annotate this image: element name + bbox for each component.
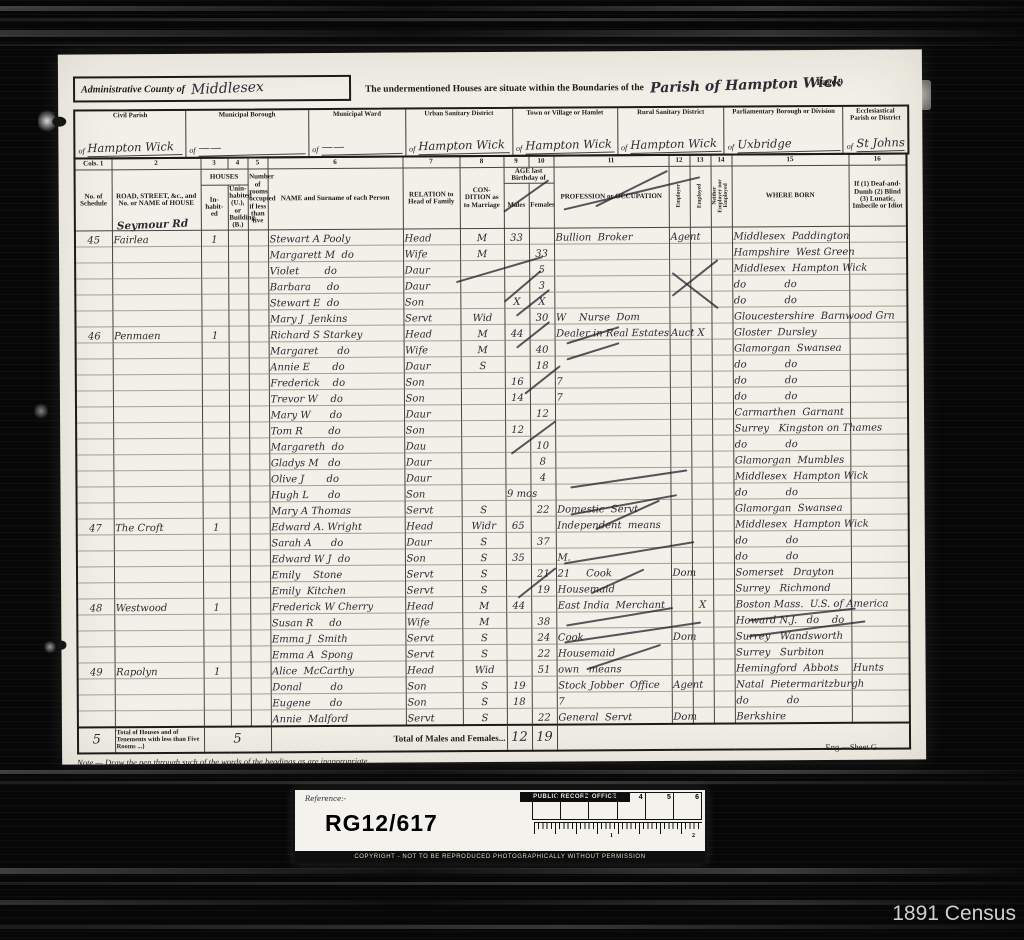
cell-emp: Auct — [669, 323, 690, 339]
cell-name: Margaret do — [269, 341, 404, 358]
header-neither: Neither Employer nor Employed — [711, 166, 732, 227]
cell-nei — [713, 499, 734, 515]
col-num: 8 — [459, 156, 503, 168]
film-streak — [0, 30, 1024, 37]
cell-emp — [670, 403, 691, 419]
dust-speck — [34, 402, 48, 420]
cell-u — [228, 278, 248, 294]
cell-born: do do — [733, 386, 850, 403]
cell-name: Richard S Starkey — [268, 325, 403, 342]
cell-inh — [203, 630, 230, 646]
cell-emp — [670, 451, 691, 467]
cell-f: 8 — [530, 452, 555, 468]
header-inhabited: In-habit-ed — [201, 185, 228, 230]
cell-emp — [670, 387, 691, 403]
cell-name: Alice McCarthy — [271, 661, 406, 678]
cell-born: do do — [733, 354, 850, 371]
cell-born: Somerset Drayton — [734, 562, 851, 579]
cell-sch — [76, 471, 113, 487]
cell-u — [230, 534, 250, 550]
cell-born: Surrey Kingston on Thames — [733, 418, 850, 435]
cell-empd — [692, 531, 713, 547]
situate-label: The undermentioned Houses are situate wi… — [365, 83, 644, 95]
cell-rel: Head — [403, 324, 460, 340]
cell-cond — [460, 292, 504, 308]
cell-rel: Wife — [403, 244, 460, 260]
inch-label: 2 — [692, 833, 695, 839]
cell-nei — [714, 659, 735, 675]
header-employer: Employer — [669, 166, 690, 227]
cell-cond: Wid — [463, 660, 507, 676]
cell-inh — [203, 646, 230, 662]
district-parliamentary: Parliamentary Borough or Division ofUxbr… — [725, 107, 844, 154]
copyright-bar: COPYRIGHT - NOT TO BE REPRODUCED PHOTOGR… — [295, 851, 705, 862]
cell-occ — [555, 435, 670, 452]
cell-name: Stewart A Pooly — [268, 229, 403, 246]
cell-cond — [461, 404, 505, 420]
cell-sch — [77, 567, 114, 583]
cell-note — [851, 610, 909, 626]
district-municipal-ward: Municipal Ward of—— — [309, 110, 406, 157]
stamp-inch-ruler: 1 2 — [534, 822, 702, 839]
cell-inh: 1 — [201, 326, 228, 342]
cell-note — [850, 354, 908, 370]
cell-sch — [76, 423, 113, 439]
cell-name: Emma J Smith — [270, 629, 405, 646]
cell-house — [113, 390, 202, 407]
header-employed: Employed — [690, 166, 711, 227]
cell-sch — [78, 711, 115, 728]
cell-rel: Servt — [403, 308, 460, 324]
cell-sch — [77, 503, 114, 519]
cell-u — [229, 374, 249, 390]
cell-rm — [249, 342, 269, 358]
cell-inh — [201, 278, 228, 294]
cell-inh — [204, 710, 231, 727]
cell-cond: S — [462, 564, 506, 580]
cell-u — [230, 566, 250, 582]
cell-occ: 21 Cook — [556, 563, 671, 580]
cell-name: Donal do — [271, 677, 406, 694]
ruler-number: 2 — [561, 793, 589, 819]
county-value-handwritten: Middlesex — [191, 79, 264, 98]
cell-name: Mary A Thomas — [270, 501, 405, 518]
totals-females: 19 — [532, 724, 557, 750]
cell-u — [229, 406, 249, 422]
cell-name: Margarett M do — [268, 245, 403, 262]
cell-sch — [75, 295, 112, 311]
cell-name: Violet do — [268, 261, 403, 278]
cell-empd — [691, 435, 712, 451]
header-houses-group: HOUSES — [201, 169, 248, 185]
cell-u — [230, 630, 250, 646]
district-label: Town or Village or Hamlet — [516, 109, 614, 127]
cell-occ — [554, 291, 669, 308]
cell-rm — [248, 294, 268, 310]
cell-m — [506, 628, 531, 644]
cell-name: Annie Malford — [271, 709, 406, 726]
cell-u — [230, 550, 250, 566]
cell-emp — [669, 307, 690, 323]
film-streak — [0, 18, 1024, 21]
cell-cond — [461, 388, 505, 404]
cell-emp — [670, 371, 691, 387]
cell-inh — [201, 294, 228, 310]
of-label: of — [78, 146, 84, 155]
district-label: Civil Parish — [78, 112, 182, 130]
cell-rm — [250, 646, 270, 662]
district-value: Uxbridge — [737, 136, 840, 152]
cell-born: Carmarthen Garnant — [733, 402, 850, 419]
cell-occ: 7 — [555, 387, 670, 404]
cell-inh — [202, 486, 229, 502]
cell-emp — [671, 515, 692, 531]
district-rural-sanitary: Rural Sanitary District ofHampton Wick — [618, 108, 725, 155]
cell-f: 22 — [532, 708, 557, 725]
cell-house — [113, 454, 202, 471]
cell-born: Glamorgan Swansea — [733, 338, 850, 355]
cell-sch: 47 — [77, 519, 114, 535]
cell-born: do do — [733, 482, 850, 499]
cell-sch: 48 — [77, 599, 114, 615]
cell-u — [230, 502, 250, 518]
cell-note — [850, 450, 908, 466]
cell-house — [115, 694, 204, 711]
page-number: Page 9 — [816, 78, 843, 88]
cell-born: Boston Mass. U.S. of America — [734, 594, 851, 611]
cell-m — [506, 612, 531, 628]
footnote: Note.— Draw the pen through such of the … — [77, 752, 913, 767]
cell-rel: Head — [405, 596, 462, 612]
cell-cond: Wid — [460, 308, 504, 324]
cell-emp — [670, 339, 691, 355]
collection-watermark: 1891 Census — [892, 902, 1016, 926]
cell-empd — [692, 547, 713, 563]
cell-born: Surrey Surbiton — [734, 642, 851, 659]
district-value: —— — [198, 140, 305, 156]
cell-sch: 45 — [75, 231, 112, 247]
cell-rm — [250, 614, 270, 630]
cell-emp — [670, 419, 691, 435]
cell-occ: own means — [557, 659, 672, 676]
cell-cond — [461, 484, 505, 500]
cell-u — [228, 230, 248, 246]
cell-nei — [712, 483, 733, 499]
cell-cond — [461, 420, 505, 436]
cell-name: Tom R do — [269, 421, 404, 438]
cell-u — [229, 390, 249, 406]
cell-rel: Son — [404, 388, 461, 404]
cell-inh — [202, 422, 229, 438]
cell-rm — [249, 422, 269, 438]
cell-f: 37 — [531, 532, 556, 548]
cell-m: 18 — [507, 692, 532, 708]
col-num: 13 — [689, 155, 710, 167]
ruler-number: 3 — [589, 793, 617, 819]
cell-born: do do — [734, 530, 851, 547]
cell-f: 30 — [529, 308, 554, 324]
district-civil-parish: Civil Parish ofHampton Wick — [75, 111, 186, 158]
header-neither-label: Neither Employer nor Employed — [713, 176, 730, 214]
cell-born: Glamorgan Swansea — [734, 498, 851, 515]
cell-inh — [203, 550, 230, 566]
header-road: ROAD, STREET, &c., and No. or NAME of HO… — [112, 169, 201, 230]
cell-emp — [672, 659, 693, 675]
cell-rm — [248, 230, 268, 246]
cell-empd — [692, 499, 713, 515]
cell-house: Westwood — [114, 598, 203, 615]
of-label: of — [312, 145, 318, 154]
district-value: Hampton Wick — [630, 137, 721, 153]
cell-rel: Servt — [405, 564, 462, 580]
cell-note — [851, 498, 909, 514]
cell-note — [850, 482, 908, 498]
cell-house — [114, 646, 203, 663]
dust-speck — [44, 640, 56, 654]
col-num: 2 — [111, 158, 200, 170]
cell-u — [230, 518, 250, 534]
districts-strip: Civil Parish ofHampton Wick Municipal Bo… — [73, 104, 909, 159]
cell-note — [852, 690, 910, 706]
cell-empd — [690, 243, 711, 259]
cell-nei — [712, 387, 733, 403]
cell-cond — [461, 468, 505, 484]
cell-empd — [691, 451, 712, 467]
cell-house — [112, 278, 201, 295]
cell-rel: Wife — [405, 612, 462, 628]
cell-u — [231, 694, 251, 710]
cell-house — [113, 438, 202, 455]
cell-m: 9 mos — [505, 484, 530, 500]
cell-inh — [202, 406, 229, 422]
cell-nei — [712, 419, 733, 435]
cell-m: 12 — [505, 420, 530, 436]
cell-inh: 1 — [204, 662, 231, 678]
cell-rm — [250, 598, 270, 614]
cell-note — [849, 274, 907, 290]
col-num: 9 — [503, 156, 528, 168]
cell-inh — [202, 390, 229, 406]
cell-name: Gladys M do — [269, 453, 404, 470]
cell-inh — [203, 614, 230, 630]
cell-emp: Dom — [672, 707, 693, 724]
cell-rm — [250, 550, 270, 566]
cell-rm — [249, 390, 269, 406]
cell-note — [852, 706, 910, 723]
totals-houses-value: 5 — [204, 726, 271, 752]
cell-rm — [250, 518, 270, 534]
cell-inh — [202, 470, 229, 486]
cell-rel: Daur — [404, 404, 461, 420]
administrative-county-box: Administrative County of Middlesex — [73, 75, 351, 103]
cell-house — [114, 582, 203, 599]
totals-males: 12 — [507, 725, 532, 751]
cell-cond: S — [461, 356, 505, 372]
cell-rel: Son — [404, 372, 461, 388]
reference-label: Reference:- — [305, 795, 346, 803]
cell-rm — [249, 358, 269, 374]
cell-cond: S — [462, 628, 506, 644]
cell-cond: Widr — [462, 516, 506, 532]
cell-m: 35 — [506, 548, 531, 564]
cell-rel: Servt — [405, 628, 462, 644]
cell-m — [507, 660, 532, 676]
cell-m — [504, 244, 529, 260]
enumeration-table-area: Cols. 1 2 3 4 5 6 7 8 9 10 11 12 13 14 — [73, 152, 913, 754]
cell-rm — [251, 678, 271, 694]
col-num: 14 — [710, 155, 731, 167]
cell-emp — [670, 435, 691, 451]
cell-rm — [249, 374, 269, 390]
cell-cond: S — [463, 708, 507, 725]
cell-inh: 1 — [203, 518, 230, 534]
cell-m — [505, 356, 530, 372]
cell-house: The Croft — [114, 518, 203, 535]
cell-name: Susan R do — [270, 613, 405, 630]
district-label: Parliamentary Borough or Division — [728, 108, 840, 126]
cell-empd — [691, 419, 712, 435]
cell-house — [114, 534, 203, 551]
cell-sch — [75, 247, 112, 263]
col-num: 7 — [402, 156, 459, 168]
district-value: Hampton Wick — [525, 138, 614, 154]
cell-nei — [711, 307, 732, 323]
cell-occ: 7 — [555, 371, 670, 388]
district-value: St Johns — [856, 137, 905, 152]
cell-house — [112, 246, 201, 263]
cell-u — [228, 310, 248, 326]
cell-born: Hemingford Abbots — [735, 658, 852, 675]
cell-nei — [713, 627, 734, 643]
cell-house — [114, 630, 203, 647]
cell-house — [113, 406, 202, 423]
cell-occ: 7 — [557, 691, 672, 708]
cell-f: 40 — [530, 340, 555, 356]
cell-inh — [202, 438, 229, 454]
film-streak — [0, 44, 1024, 46]
cell-empd — [693, 659, 714, 675]
cell-name: Annie E do — [269, 357, 404, 374]
cell-note — [849, 242, 907, 258]
col-num: 11 — [553, 155, 668, 167]
cell-f: 22 — [531, 500, 556, 516]
cell-rel: Servt — [405, 500, 462, 516]
cell-house — [112, 294, 201, 311]
cell-emp — [671, 643, 692, 659]
cell-empd — [692, 515, 713, 531]
cell-rm — [250, 582, 270, 598]
cell-u — [231, 678, 251, 694]
cell-inh: 1 — [203, 598, 230, 614]
header-employer-label: Employer — [676, 184, 682, 208]
cell-u — [229, 486, 249, 502]
cell-occ: Bullion Broker — [554, 227, 669, 244]
cell-sch — [75, 311, 112, 327]
district-ecclesiastical: Ecclesiastical Parish or District ofSt J… — [844, 106, 908, 152]
film-streak — [0, 900, 1024, 905]
cell-m: 65 — [506, 516, 531, 532]
cell-occ: W Nurse Dom — [554, 307, 669, 324]
cell-cond: S — [463, 676, 507, 692]
cell-rel: Servt — [405, 580, 462, 596]
cell-nei — [712, 339, 733, 355]
cell-f: 5 — [529, 260, 554, 276]
cell-empd — [691, 339, 712, 355]
cell-f: 12 — [530, 404, 555, 420]
cell-inh — [201, 262, 228, 278]
cell-name: Margareth do — [269, 437, 404, 454]
cell-nei — [712, 435, 733, 451]
cell-sch — [75, 263, 112, 279]
cell-rel: Daur — [405, 532, 462, 548]
cell-inh — [202, 342, 229, 358]
cell-u — [228, 326, 248, 342]
ruler-number: 6 — [674, 793, 701, 819]
cell-u — [229, 454, 249, 470]
cell-u — [230, 598, 250, 614]
cell-rm — [250, 566, 270, 582]
of-label: of — [409, 144, 415, 153]
cell-cond: M — [460, 244, 504, 260]
cell-born: Hampshire West Green — [732, 242, 849, 259]
cell-occ: General Servt — [557, 707, 672, 724]
header-condition: CON- DITION as to Marriage — [460, 167, 504, 228]
totals-row: 5 Total of Houses and of Tenements with … — [78, 722, 910, 753]
cell-m — [505, 468, 530, 484]
cell-rm — [248, 246, 268, 262]
cell-nei — [713, 595, 734, 611]
form-header: Administrative County of Middlesex The u… — [73, 71, 909, 106]
cell-note — [851, 642, 909, 658]
cell-occ — [555, 403, 670, 420]
cell-emp — [671, 499, 692, 515]
cell-inh — [203, 502, 230, 518]
cell-note — [849, 290, 907, 306]
cell-rm — [250, 630, 270, 646]
header-infirmity: If (1) Deaf-and-Dumb (2) Blind (3) Lunat… — [849, 165, 907, 226]
census-table: Cols. 1 2 3 4 5 6 7 8 9 10 11 12 13 14 — [73, 152, 911, 754]
cell-rm — [248, 310, 268, 326]
cell-sch — [75, 279, 112, 295]
cell-empd — [691, 355, 712, 371]
cell-note — [851, 578, 909, 594]
cell-rm — [248, 262, 268, 278]
cell-emp — [669, 243, 690, 259]
cell-m — [505, 452, 530, 468]
cell-sch — [76, 455, 113, 471]
cell-f: 22 — [531, 644, 556, 660]
col-num: 4 — [227, 157, 247, 169]
situate-text: The undermentioned Houses are situate wi… — [365, 77, 842, 96]
header-males: Males — [504, 183, 529, 228]
cell-sch — [76, 487, 113, 503]
cell-cond — [461, 372, 505, 388]
col-num: 10 — [528, 156, 553, 168]
cell-born: do do — [733, 434, 850, 451]
cell-occ — [556, 531, 671, 548]
cell-note — [850, 370, 908, 386]
cell-name: Mary W do — [269, 405, 404, 422]
cell-note — [851, 546, 909, 562]
cell-nei — [713, 547, 734, 563]
cell-nei — [711, 227, 732, 243]
col-num: 5 — [247, 157, 267, 169]
of-label: of — [621, 143, 627, 152]
district-urban-sanitary: Urban Sanitary District ofHampton Wick — [406, 109, 513, 156]
cell-nei — [713, 643, 734, 659]
cell-rel: Son — [406, 692, 463, 708]
cell-rel: Head — [405, 516, 462, 532]
